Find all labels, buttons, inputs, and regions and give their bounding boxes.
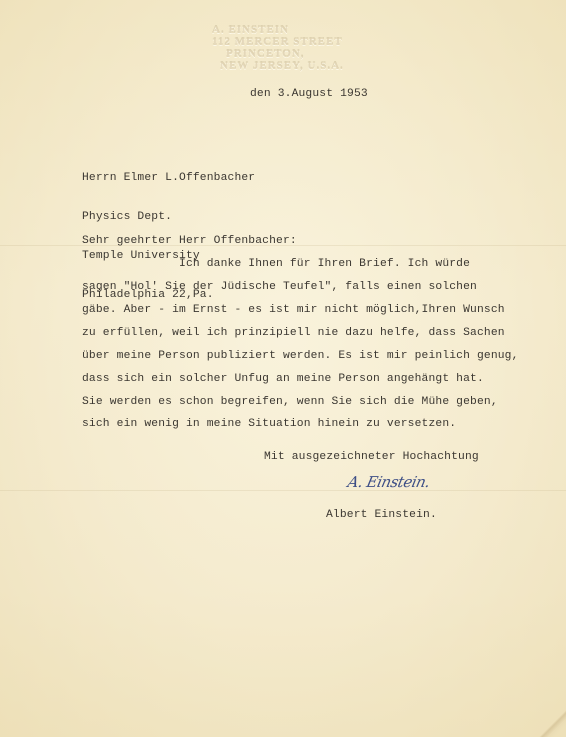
closing-phrase: Mit ausgezeichneter Hochachtung [264, 451, 479, 463]
embossed-letterhead: A. EINSTEIN 112 MERCER STREET PRINCETON,… [212, 24, 372, 72]
letterhead-line: 112 MERCER STREET [212, 36, 372, 48]
letter-date: den 3.August 1953 [250, 88, 368, 100]
body-line: Ich danke Ihnen für Ihren Brief. Ich wür… [82, 258, 470, 270]
letterhead-line: A. EINSTEIN [212, 24, 372, 36]
letter-page: A. EINSTEIN 112 MERCER STREET PRINCETON,… [0, 0, 566, 737]
address-line: Herrn Elmer L.Offenbacher [82, 172, 255, 185]
body-line: Sie werden es schon begreifen, wenn Sie … [82, 396, 498, 408]
handwritten-signature: A. Einstein. [346, 473, 431, 491]
letterhead-line: PRINCETON, [212, 48, 372, 60]
body-line: dass sich ein solcher Unfug an meine Per… [82, 373, 484, 385]
body-line: zu erfüllen, weil ich prinzipiell nie da… [82, 327, 505, 339]
typed-signature-name: Albert Einstein. [326, 509, 437, 521]
salutation: Sehr geehrter Herr Offenbacher: [82, 235, 297, 247]
body-line: über meine Person publiziert werden. Es … [82, 350, 519, 362]
body-line: sagen "Hol' Sie der Jüdische Teufel", fa… [82, 281, 477, 293]
letterhead-line: NEW JERSEY, U.S.A. [212, 60, 372, 72]
body-line: gäbe. Aber - im Ernst - es ist mir nicht… [82, 304, 505, 316]
body-line: sich ein wenig in meine Situation hinein… [82, 418, 456, 430]
address-line: Physics Dept. [82, 211, 255, 224]
paper-fold-line [0, 490, 566, 491]
paper-corner-crease [536, 707, 566, 737]
